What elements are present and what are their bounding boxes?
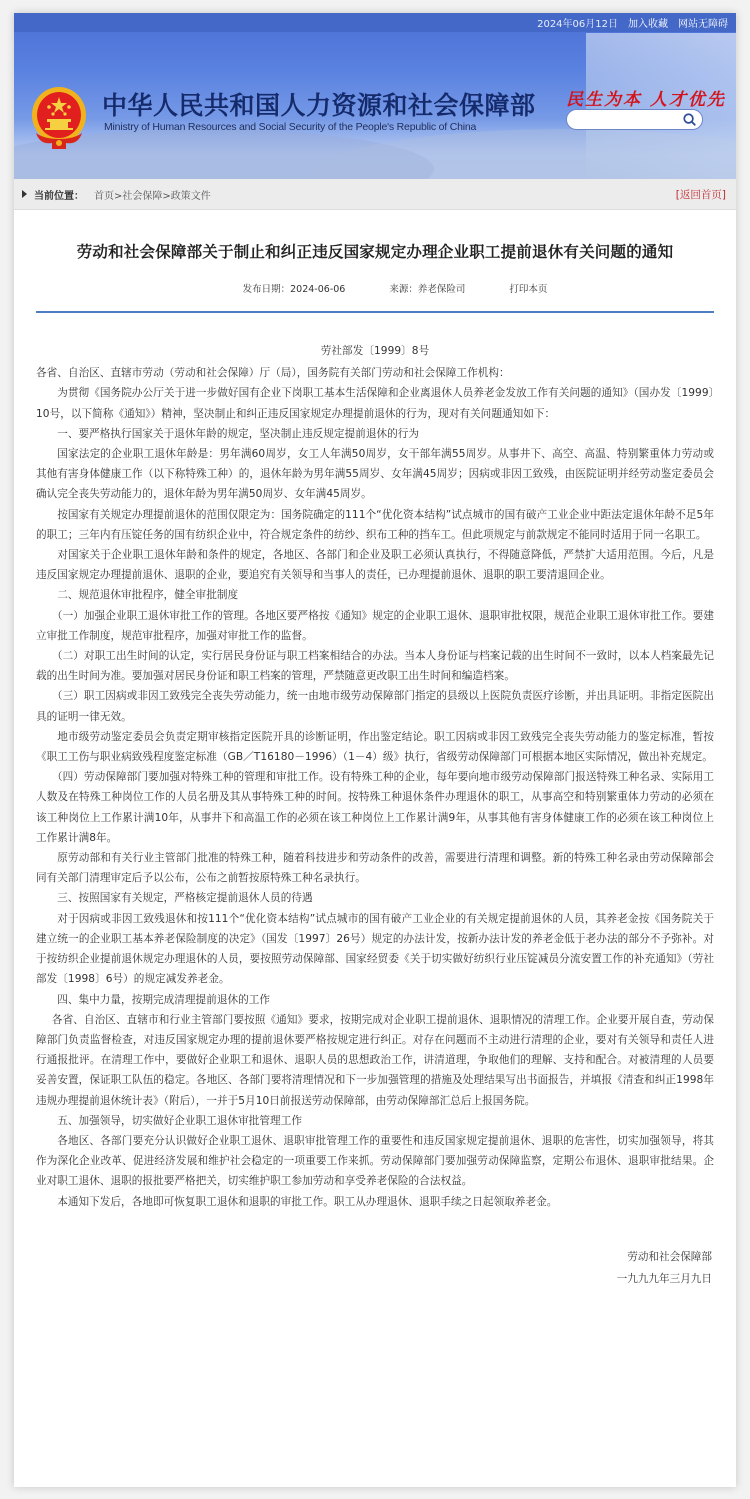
title-divider	[36, 311, 714, 313]
publish-date-label: 发布日期：	[243, 284, 291, 295]
document-number: 劳社部发〔1999〕8号	[36, 341, 714, 361]
signature-org: 劳动和社会保障部	[36, 1249, 712, 1264]
return-home-link[interactable]: [返回首页]	[676, 187, 726, 202]
body-paragraph: （二）对职工出生时间的认定，实行居民身份证与职工档案相结合的办法。当本人身份证与…	[36, 646, 714, 686]
body-paragraph: 对于因病或非因工致残退休和按111个“优化资本结构”试点城市的国有破产工业企业的…	[36, 909, 714, 990]
body-paragraph: 对国家关于企业职工退休年龄和条件的规定，各地区、各部门和企业及职工必须认真执行，…	[36, 545, 714, 585]
body-paragraph: （一）加强企业职工退休审批工作的管理。各地区要严格按《通知》规定的企业职工退休、…	[36, 606, 714, 646]
site-title: 中华人民共和国人力资源和社会保障部	[102, 86, 536, 122]
addressee-paragraph: 各省、自治区、直辖市劳动（劳动和社会保障）厅（局），国务院有关部门劳动和社会保障…	[36, 363, 714, 383]
body-paragraph: 国家法定的企业职工退休年龄是：男年满60周岁，女工人年满50周岁，女干部年满55…	[36, 444, 714, 505]
body-paragraph: 各地区、各部门要充分认识做好企业职工退休、退职审批管理工作的重要性和违反国家规定…	[36, 1131, 714, 1192]
search-icon[interactable]	[682, 112, 697, 127]
article-title: 劳动和社会保障部关于制止和纠正违反国家规定办理企业职工提前退休有关问题的通知	[36, 240, 714, 262]
source-label: 来源：	[389, 284, 418, 295]
source-value: 养老保险司	[418, 284, 466, 295]
body-paragraph: 地市级劳动鉴定委员会负责定期审核指定医院开具的诊断证明，作出鉴定结论。职工因病或…	[36, 727, 714, 767]
signature-date: 一九九九年三月九日	[36, 1271, 712, 1286]
breadcrumb-bar: 当前位置： 首页>社会保障>政策文件 [返回首页]	[14, 179, 736, 209]
current-date: 2024年06月12日	[537, 15, 618, 30]
print-page-link[interactable]: 打印本页	[509, 281, 547, 295]
search-box	[566, 109, 703, 130]
body-paragraph: 为贯彻《国务院办公厅关于进一步做好国有企业下岗职工基本生活保障和企业离退休人员养…	[36, 383, 714, 423]
breadcrumb-item-social-security[interactable]: 社会保障	[122, 191, 162, 202]
section-heading: 四、集中力量，按期完成清理提前退休的工作	[36, 990, 714, 1010]
article-meta: 发布日期：2024-06-06 来源：养老保险司 打印本页	[36, 281, 714, 295]
national-emblem-icon	[30, 85, 88, 151]
body-paragraph: 本通知下发后，各地即可恢复职工退休和退职的审批工作。职工从办理退休、退职手续之日…	[36, 1192, 714, 1212]
site-header: 2024年06月12日 加入收藏 网站无障碍 中华人民共和国人力资源和社会保障部…	[14, 13, 736, 179]
breadcrumb-separator: >	[162, 191, 170, 202]
publish-date: 发布日期：2024-06-06	[243, 281, 346, 295]
search-input[interactable]	[575, 114, 685, 132]
breadcrumb-label: 当前位置：	[34, 187, 84, 202]
section-heading: 一、要严格执行国家关于退休年龄的规定，坚决制止违反规定提前退休的行为	[36, 424, 714, 444]
signature-block: 劳动和社会保障部 一九九九年三月九日	[36, 1249, 714, 1286]
body-paragraph: 原劳动部和有关行业主管部门批准的特殊工种，随着科技进步和劳动条件的改善，需要进行…	[36, 848, 714, 888]
triangle-right-icon	[22, 190, 27, 198]
accessibility-link[interactable]: 网站无障碍	[678, 15, 728, 30]
body-paragraph: 按国家有关规定办理提前退休的范围仅限定为：国务院确定的111个“优化资本结构”试…	[36, 505, 714, 545]
article: 劳动和社会保障部关于制止和纠正违反国家规定办理企业职工提前退休有关问题的通知 发…	[14, 209, 736, 1286]
body-paragraph: （三）职工因病或非因工致残完全丧失劳动能力，统一由地市级劳动保障部门指定的县级以…	[36, 686, 714, 726]
section-heading: 三、按照国家有关规定，严格核定提前退休人员的待遇	[36, 888, 714, 908]
source: 来源：养老保险司	[389, 281, 465, 295]
page-container: 2024年06月12日 加入收藏 网站无障碍 中华人民共和国人力资源和社会保障部…	[14, 13, 736, 1487]
section-heading: 五、加强领导，切实做好企业职工退休审批管理工作	[36, 1111, 714, 1131]
section-heading: 二、规范退休审批程序，健全审批制度	[36, 585, 714, 605]
breadcrumb-item-home[interactable]: 首页	[94, 191, 114, 202]
site-subtitle: Ministry of Human Resources and Social S…	[104, 121, 476, 133]
header-topbar: 2024年06月12日 加入收藏 网站无障碍	[14, 13, 736, 32]
breadcrumb: 首页>社会保障>政策文件	[94, 187, 211, 202]
body-paragraph: （四）劳动保障部门要加强对特殊工种的管理和审批工作。设有特殊工种的企业，每年要向…	[36, 767, 714, 848]
article-body: 劳社部发〔1999〕8号 各省、自治区、直辖市劳动（劳动和社会保障）厅（局），国…	[36, 341, 714, 1212]
site-slogan: 民生为本 人才优先	[566, 85, 726, 110]
publish-date-value: 2024-06-06	[290, 284, 345, 295]
breadcrumb-item-policy-documents[interactable]: 政策文件	[171, 191, 211, 202]
body-paragraph: 各省、自治区、直辖市和行业主管部门要按照《通知》要求，按期完成对企业职工提前退休…	[36, 1010, 714, 1111]
bookmark-link[interactable]: 加入收藏	[628, 15, 668, 30]
